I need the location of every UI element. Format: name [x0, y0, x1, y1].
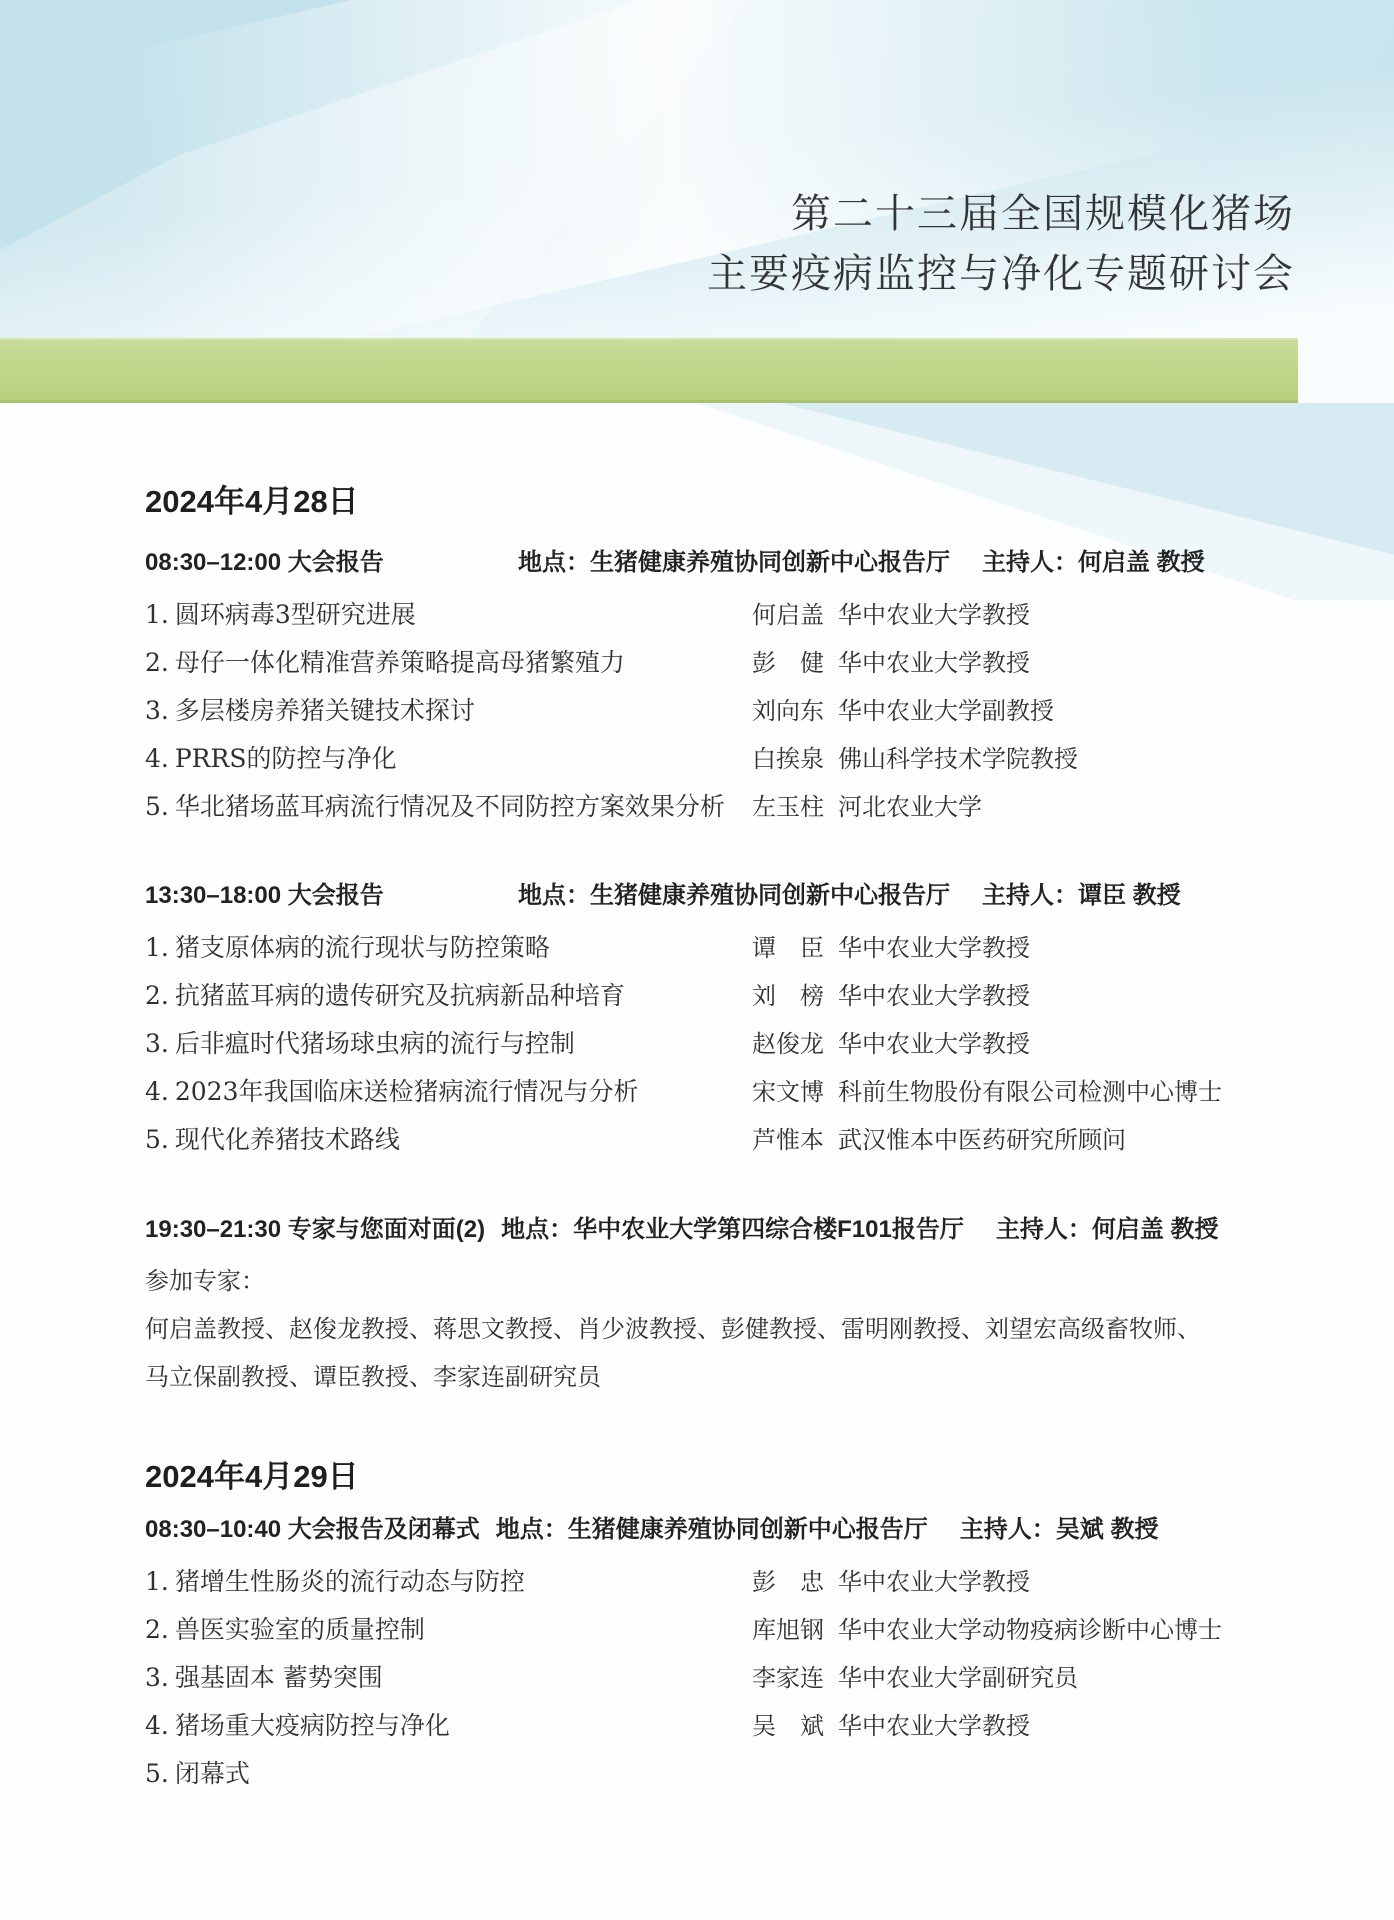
item-number: 5.: [145, 792, 169, 821]
session-location: 地点：生猪健康养殖协同创新中心报告厅: [496, 1515, 928, 1545]
item-number: 2.: [145, 1615, 169, 1644]
item-number: 5.: [145, 1125, 169, 1154]
item-number: 3.: [145, 696, 169, 725]
item-number: 3.: [145, 1663, 169, 1692]
speaker-name: 彭 健: [752, 649, 824, 677]
session-location: 地点：生猪健康养殖协同创新中心报告厅: [518, 548, 950, 578]
agenda-item-row: 1.猪支原体病的流行现状与防控策略 谭 臣华中农业大学教授: [145, 933, 1305, 963]
speaker-name: 左玉柱: [752, 793, 824, 821]
location-text: 生猪健康养殖协同创新中心报告厅: [590, 549, 950, 576]
speaker-affiliation: 河北农业大学: [838, 793, 982, 821]
session-type: 专家与您面对面(2): [288, 1216, 485, 1243]
speaker-name: 何启盖: [752, 601, 824, 629]
agenda-item-row: 2.母仔一体化精准营养策略提高母猪繁殖力 彭 健华中农业大学教授: [145, 648, 1305, 678]
speaker-affiliation: 武汉惟本中医药研究所顾问: [838, 1126, 1126, 1154]
item-number: 1.: [145, 600, 169, 629]
speaker-name: 芦惟本: [752, 1126, 824, 1154]
item-title: 猪增生性肠炎的流行动态与防控: [175, 1567, 525, 1596]
session-header: 08:30–10:40 大会报告及闭幕式 地点：生猪健康养殖协同创新中心报告厅 …: [145, 1515, 1305, 1545]
item-title: 强基固本 蓄势突围: [175, 1663, 383, 1692]
session-location: 地点：华中农业大学第四综合楼F101报告厅: [501, 1215, 964, 1245]
speaker-affiliation: 华中农业大学教授: [838, 1568, 1030, 1596]
item-title: 现代化养猪技术路线: [175, 1125, 400, 1154]
session-chair: 主持人：何启盖 教授: [982, 548, 1205, 578]
location-label: 地点：: [518, 549, 590, 576]
item-title: 猪支原体病的流行现状与防控策略: [175, 933, 550, 962]
item-title: 后非瘟时代猪场球虫病的流行与控制: [175, 1029, 575, 1058]
speaker-affiliation: 华中农业大学教授: [838, 982, 1030, 1010]
location-label: 地点：: [518, 882, 590, 909]
session-time-type: 13:30–18:00 大会报告: [145, 881, 518, 911]
speaker-affiliation: 华中农业大学教授: [838, 601, 1030, 629]
program-page: 第二十三届全国规模化猪场 主要疫病监控与净化专题研讨会 2024年4月28日 0…: [0, 0, 1394, 1920]
item-title: 华北猪场蓝耳病流行情况及不同防控方案效果分析: [175, 792, 725, 821]
date-heading-day2: 2024年4月29日: [145, 1458, 1305, 1495]
speaker-name: 宋文博: [752, 1078, 824, 1106]
item-title: 多层楼房养猪关键技术探讨: [175, 696, 475, 725]
location-text: 生猪健康养殖协同创新中心报告厅: [568, 1516, 928, 1543]
session-time: 19:30–21:30: [145, 1216, 281, 1243]
session-type: 大会报告: [288, 882, 384, 909]
item-number: 4.: [145, 1711, 169, 1740]
agenda-item-row: 4.2023年我国临床送检猪病流行情况与分析 宋文博科前生物股份有限公司检测中心…: [145, 1077, 1305, 1107]
speaker-name: 赵俊龙: [752, 1030, 824, 1058]
agenda-item-row: 4.PRRS的防控与净化 白挨泉佛山科学技术学院教授: [145, 744, 1305, 774]
speaker-affiliation: 科前生物股份有限公司检测中心博士: [838, 1078, 1222, 1106]
agenda-item-row: 3.强基固本 蓄势突围 李家连华中农业大学副研究员: [145, 1663, 1305, 1693]
participants-label: 参加专家：: [145, 1266, 1305, 1296]
item-title: 抗猪蓝耳病的遗传研究及抗病新品种培育: [175, 981, 625, 1010]
session-type: 大会报告及闭幕式: [288, 1516, 480, 1543]
session-chair: 主持人：谭臣 教授: [982, 881, 1181, 911]
speaker-name: 白挨泉: [752, 745, 824, 773]
speaker-name: 刘 榜: [752, 982, 824, 1010]
agenda-items: 1.猪支原体病的流行现状与防控策略 谭 臣华中农业大学教授 2.抗猪蓝耳病的遗传…: [145, 933, 1305, 1155]
speaker-affiliation: 华中农业大学副研究员: [838, 1664, 1078, 1692]
speaker-name: 库旭钢: [752, 1616, 824, 1644]
agenda-item-row: 1.猪增生性肠炎的流行动态与防控 彭 忠华中农业大学教授: [145, 1567, 1305, 1597]
session-header: 13:30–18:00 大会报告 地点：生猪健康养殖协同创新中心报告厅 主持人：…: [145, 881, 1305, 911]
item-number: 2.: [145, 981, 169, 1010]
location-label: 地点：: [496, 1516, 568, 1543]
agenda-item-row: 3.多层楼房养猪关键技术探讨 刘向东华中农业大学副教授: [145, 696, 1305, 726]
session-time-type: 08:30–12:00 大会报告: [145, 548, 518, 578]
agenda-item-row: 1.圆环病毒3型研究进展 何启盖华中农业大学教授: [145, 600, 1305, 630]
speaker-name: 刘向东: [752, 697, 824, 725]
agenda-item-row: 2.抗猪蓝耳病的遗传研究及抗病新品种培育 刘 榜华中农业大学教授: [145, 981, 1305, 1011]
speaker-name: 李家连: [752, 1664, 824, 1692]
item-number: 1.: [145, 1567, 169, 1596]
participants-line: 马立保副教授、谭臣教授、李家连副研究员: [145, 1362, 1305, 1392]
session-time-type: 19:30–21:30 专家与您面对面(2): [145, 1215, 485, 1245]
speaker-affiliation: 华中农业大学动物疫病诊断中心博士: [838, 1616, 1222, 1644]
agenda-item-row: 5.现代化养猪技术路线 芦惟本武汉惟本中医药研究所顾问: [145, 1125, 1305, 1155]
item-number: 5.: [145, 1759, 169, 1788]
location-label: 地点：: [501, 1216, 573, 1243]
item-title: 圆环病毒3型研究进展: [175, 600, 416, 629]
session-time-type: 08:30–10:40 大会报告及闭幕式: [145, 1515, 480, 1545]
speaker-name: 吴 斌: [752, 1712, 824, 1740]
location-text: 生猪健康养殖协同创新中心报告厅: [590, 882, 950, 909]
chair-name: 何启盖 教授: [1078, 549, 1205, 576]
chair-label: 主持人：: [982, 549, 1078, 576]
agenda-item-row: 5.闭幕式: [145, 1759, 1305, 1789]
schedule-content: 2024年4月28日 08:30–12:00 大会报告 地点：生猪健康养殖协同创…: [145, 0, 1305, 1789]
session-chair: 主持人：吴斌 教授: [960, 1515, 1159, 1545]
chair-label: 主持人：: [996, 1216, 1092, 1243]
agenda-items: 1.猪增生性肠炎的流行动态与防控 彭 忠华中农业大学教授 2.兽医实验室的质量控…: [145, 1567, 1305, 1789]
agenda-item-row: 3.后非瘟时代猪场球虫病的流行与控制 赵俊龙华中农业大学教授: [145, 1029, 1305, 1059]
participants-line: 何启盖教授、赵俊龙教授、蒋思文教授、肖少波教授、彭健教授、雷明刚教授、刘望宏高级…: [145, 1314, 1305, 1344]
item-number: 4.: [145, 744, 169, 773]
session-header: 08:30–12:00 大会报告 地点：生猪健康养殖协同创新中心报告厅 主持人：…: [145, 548, 1305, 578]
item-title: 猪场重大疫病防控与净化: [175, 1711, 450, 1740]
item-number: 1.: [145, 933, 169, 962]
session-time: 08:30–12:00: [145, 549, 281, 576]
item-number: 3.: [145, 1029, 169, 1058]
speaker-name: 谭 臣: [752, 934, 824, 962]
speaker-affiliation: 华中农业大学教授: [838, 1030, 1030, 1058]
chair-name: 何启盖 教授: [1092, 1216, 1219, 1243]
session-time: 08:30–10:40: [145, 1516, 281, 1543]
speaker-affiliation: 华中农业大学教授: [838, 1712, 1030, 1740]
session-chair: 主持人：何启盖 教授: [996, 1215, 1219, 1245]
item-title: 兽医实验室的质量控制: [175, 1615, 425, 1644]
speaker-affiliation: 佛山科学技术学院教授: [838, 745, 1078, 773]
date-heading-day1: 2024年4月28日: [145, 483, 1305, 520]
agenda-item-row: 2.兽医实验室的质量控制 库旭钢华中农业大学动物疫病诊断中心博士: [145, 1615, 1305, 1645]
item-title: PRRS的防控与净化: [175, 744, 397, 773]
session-time: 13:30–18:00: [145, 882, 281, 909]
item-title: 母仔一体化精准营养策略提高母猪繁殖力: [175, 648, 625, 677]
session-header: 19:30–21:30 专家与您面对面(2) 地点：华中农业大学第四综合楼F10…: [145, 1215, 1305, 1245]
item-title: 闭幕式: [175, 1759, 250, 1788]
session-location: 地点：生猪健康养殖协同创新中心报告厅: [518, 881, 950, 911]
speaker-affiliation: 华中农业大学副教授: [838, 697, 1054, 725]
speaker-affiliation: 华中农业大学教授: [838, 649, 1030, 677]
chair-label: 主持人：: [982, 882, 1078, 909]
location-text: 华中农业大学第四综合楼F101报告厅: [573, 1216, 964, 1243]
speaker-affiliation: 华中农业大学教授: [838, 934, 1030, 962]
item-number: 2.: [145, 648, 169, 677]
chair-label: 主持人：: [960, 1516, 1056, 1543]
agenda-item-row: 4.猪场重大疫病防控与净化 吴 斌华中农业大学教授: [145, 1711, 1305, 1741]
agenda-item-row: 5.华北猪场蓝耳病流行情况及不同防控方案效果分析 左玉柱河北农业大学: [145, 792, 1305, 822]
agenda-items: 1.圆环病毒3型研究进展 何启盖华中农业大学教授 2.母仔一体化精准营养策略提高…: [145, 600, 1305, 822]
chair-name: 吴斌 教授: [1056, 1516, 1159, 1543]
chair-name: 谭臣 教授: [1078, 882, 1181, 909]
item-number: 4.: [145, 1077, 169, 1106]
speaker-name: 彭 忠: [752, 1568, 824, 1596]
session-type: 大会报告: [288, 549, 384, 576]
item-title: 2023年我国临床送检猪病流行情况与分析: [175, 1077, 639, 1106]
